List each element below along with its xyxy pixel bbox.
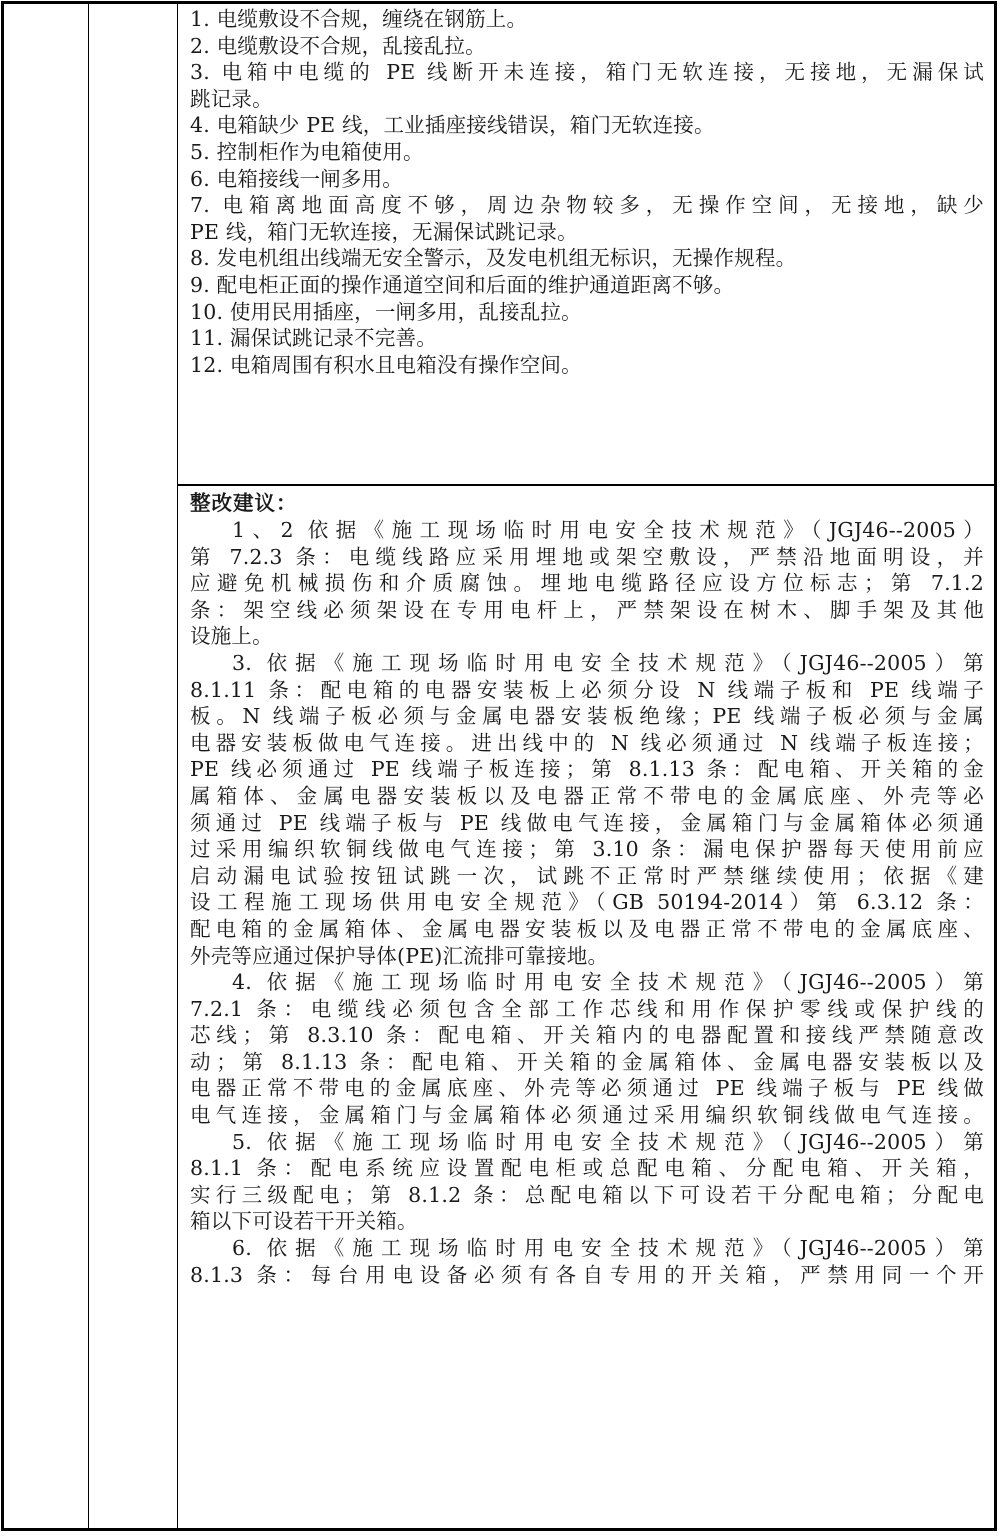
suggestion-line: 配电箱的金属箱体、金属电器安装板以及电器正常不带电的金属底座、	[190, 916, 984, 943]
suggestion-line: 5. 依据《施工现场临时用电安全技术规范》（JGJ46--2005）第	[190, 1129, 984, 1156]
suggestion-line: 外壳等应通过保护导体(PE)汇流排可靠接地。	[190, 943, 984, 970]
suggestions-heading: 整改建议：	[190, 489, 984, 517]
problem-line: PE 线，箱门无软连接，无漏保试跳记录。	[190, 219, 984, 246]
suggestion-line: 3. 依据《施工现场临时用电安全技术规范》（JGJ46--2005）第	[190, 650, 984, 677]
suggestions-body: 1、2 依据《施工现场临时用电安全技术规范》（JGJ46--2005）第 7.2…	[190, 517, 984, 1288]
problems-cell: 1. 电缆敷设不合规，缠绕在钢筋上。2. 电缆敷设不合规，乱接乱拉。3. 电箱中…	[178, 4, 994, 486]
suggestion-line: 4. 依据《施工现场临时用电安全技术规范》（JGJ46--2005）第	[190, 969, 984, 996]
problem-line: 5. 控制柜作为电箱使用。	[190, 139, 984, 166]
suggestion-line: 须通过 PE 线端子板与 PE 线做电气连接，金属箱门与金属箱体必须通	[190, 810, 984, 837]
suggestion-line: 8.1.11 条：配电箱的电器安装板上必须分设 N 线端子板和 PE 线端子	[190, 677, 984, 704]
suggestion-line: 8.1.1 条：配电系统应设置配电柜或总配电箱、分配电箱、开关箱，	[190, 1155, 984, 1182]
document-table: 1. 电缆敷设不合规，缠绕在钢筋上。2. 电缆敷设不合规，乱接乱拉。3. 电箱中…	[1, 1, 997, 1531]
problem-line: 3. 电箱中电缆的 PE 线断开未连接，箱门无软连接，无接地，无漏保试	[190, 59, 984, 86]
suggestion-line: 箱以下可设若干开关箱。	[190, 1208, 984, 1235]
suggestion-line: 应避免机械损伤和介质腐蚀。埋地电缆路径应设方位标志；第 7.1.2	[190, 570, 984, 597]
suggestion-line: 6. 依据《施工现场临时用电安全技术规范》（JGJ46--2005）第	[190, 1235, 984, 1262]
problem-line: 2. 电缆敷设不合规，乱接乱拉。	[190, 33, 984, 60]
suggestion-line: 启动漏电试验按钮试跳一次，试跳不正常时严禁继续使用；依据《建	[190, 863, 984, 890]
suggestion-line: 电器安装板做电气连接。进出线中的 N 线必须通过 N 线端子板连接；	[190, 730, 984, 757]
table-column-1	[4, 4, 89, 1528]
suggestion-line: 过采用编织软铜线做电气连接；第 3.10 条：漏电保护器每天使用前应	[190, 836, 984, 863]
suggestion-line: 芯线；第 8.3.10 条：配电箱、开关箱内的电器配置和接线严禁随意改	[190, 1022, 984, 1049]
suggestion-line: PE 线必须通过 PE 线端子板连接；第 8.1.13 条：配电箱、开关箱的金	[190, 756, 984, 783]
problem-line: 11. 漏保试跳记录不完善。	[190, 325, 984, 352]
suggestion-line: 电器正常不带电的金属底座、外壳等必须通过 PE 线端子板与 PE 线做	[190, 1075, 984, 1102]
suggestion-line: 设工程施工现场供用电安全规范》（GB 50194-2014）第 6.3.12 条…	[190, 889, 984, 916]
suggestion-line: 动；第 8.1.13 条：配电箱、开关箱的金属箱体、金属电器安装板以及	[190, 1049, 984, 1076]
problem-line: 1. 电缆敷设不合规，缠绕在钢筋上。	[190, 6, 984, 33]
suggestion-line: 1、2 依据《施工现场临时用电安全技术规范》（JGJ46--2005）	[190, 517, 984, 544]
problem-line: 8. 发电机组出线端无安全警示，及发电机组无标识，无操作规程。	[190, 245, 984, 272]
table-column-content: 1. 电缆敷设不合规，缠绕在钢筋上。2. 电缆敷设不合规，乱接乱拉。3. 电箱中…	[178, 4, 994, 1528]
suggestion-line: 第 7.2.3 条：电缆线路应采用埋地或架空敷设，严禁沿地面明设，并	[190, 544, 984, 571]
problem-line: 10. 使用民用插座，一闸多用，乱接乱拉。	[190, 299, 984, 326]
suggestion-line: 8.1.3 条：每台用电设备必须有各自专用的开关箱，严禁用同一个开	[190, 1262, 984, 1289]
suggestion-line: 电气连接，金属箱门与金属箱体必须通过采用编织软铜线做电气连接。	[190, 1102, 984, 1129]
table-column-2	[89, 4, 178, 1528]
suggestions-cell: 整改建议： 1、2 依据《施工现场临时用电安全技术规范》（JGJ46--2005…	[178, 488, 994, 1528]
problem-line: 4. 电箱缺少 PE 线，工业插座接线错误，箱门无软连接。	[190, 112, 984, 139]
suggestion-line: 设施上。	[190, 623, 984, 650]
suggestion-line: 7.2.1 条：电缆线必须包含全部工作芯线和用作保护零线或保护线的	[190, 996, 984, 1023]
problem-line: 7. 电箱离地面高度不够，周边杂物较多，无操作空间，无接地，缺少	[190, 192, 984, 219]
suggestion-line: 条：架空线必须架设在专用电杆上，严禁架设在树木、脚手架及其他	[190, 597, 984, 624]
suggestion-line: 属箱体、金属电器安装板以及电器正常不带电的金属底座、外壳等必	[190, 783, 984, 810]
problem-line: 6. 电箱接线一闸多用。	[190, 166, 984, 193]
suggestion-line: 实行三级配电；第 8.1.2 条：总配电箱以下可设若干分配电箱；分配电	[190, 1182, 984, 1209]
suggestion-line: 板。N 线端子板必须与金属电器安装板绝缘；PE 线端子板必须与金属	[190, 703, 984, 730]
problem-line: 跳记录。	[190, 86, 984, 113]
problem-line: 12. 电箱周围有积水且电箱没有操作空间。	[190, 352, 984, 379]
problem-line: 9. 配电柜正面的操作通道空间和后面的维护通道距离不够。	[190, 272, 984, 299]
